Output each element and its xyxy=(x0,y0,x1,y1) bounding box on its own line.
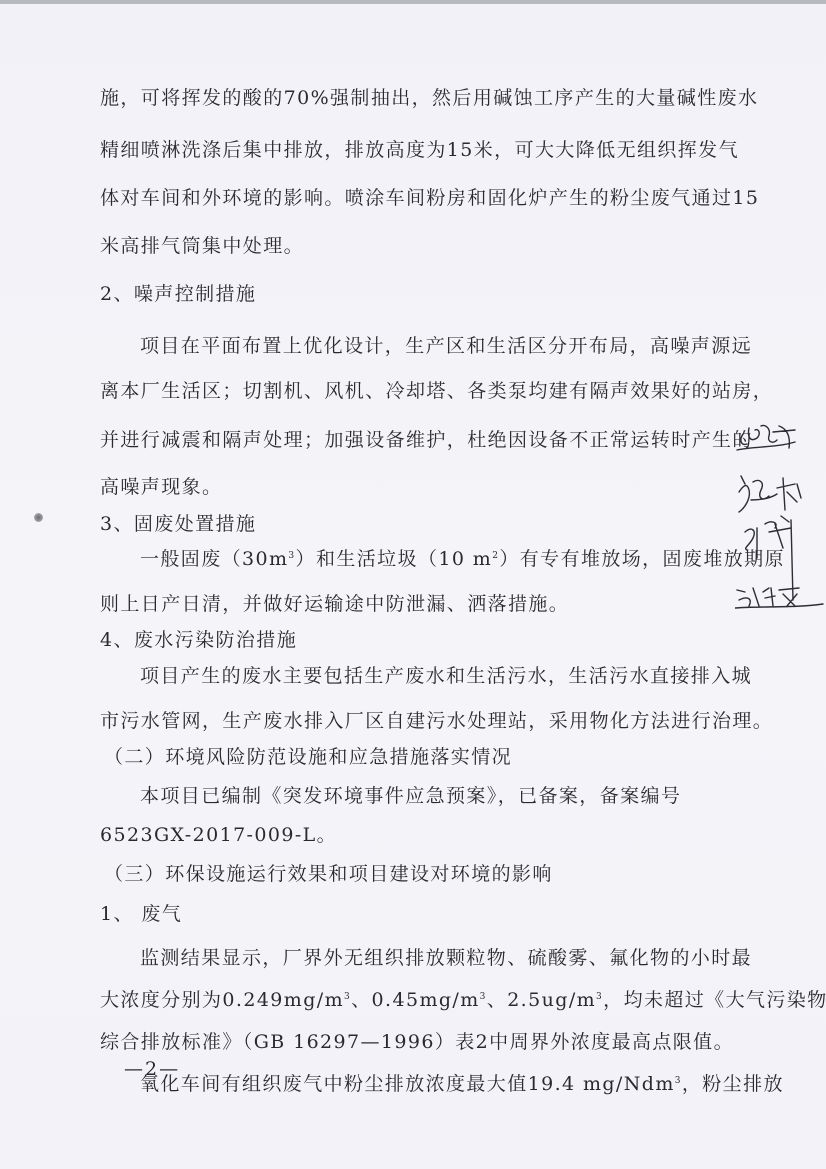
text-line: 米高排气筒集中处理。 xyxy=(100,234,304,258)
sub-heading-exhaust-gas: 1、 废气 xyxy=(100,902,182,926)
document-page: 施，可将挥发的酸的70%强制抽出，然后用碱蚀工序产生的大量碱性废水 精细喷淋洗涤… xyxy=(0,0,826,1169)
text-line: 离本厂生活区；切割机、风机、冷却塔、各类泵均建有隔声效果好的站房， xyxy=(100,379,773,403)
superscript: 3 xyxy=(480,992,487,1002)
text-line: 项目产生的废水主要包括生产废水和生活污水，生活污水直接排入城 xyxy=(140,664,752,688)
handwritten-signature-2 xyxy=(739,476,801,512)
text-line: 精细喷淋洗涤后集中排放，排放高度为15米，可大大降低无组织挥发气 xyxy=(100,138,739,162)
section-heading-noise: 2、噪声控制措施 xyxy=(100,282,256,306)
text-line: 体对车间和外环境的影响。喷涂车间粉房和固化炉产生的粉尘废气通过15 xyxy=(100,186,759,210)
text-line: 监测结果显示，厂界外无组织排放颗粒物、硫酸雾、氟化物的小时最 xyxy=(140,946,752,970)
superscript: 2 xyxy=(492,551,499,561)
scan-blemish xyxy=(34,513,43,522)
superscript: 3 xyxy=(596,992,603,1002)
section-heading-wastewater: 4、废水污染防治措施 xyxy=(100,628,297,652)
text-line: 并进行减震和隔声处理；加强设备维护，杜绝因设备不正常运转时产生的 xyxy=(100,428,753,452)
text-segment: 、0.45mg/m xyxy=(351,989,480,1011)
text-line: 综合排放标准》（GB 16297—1996）表2中周界外浓度最高点限值。 xyxy=(100,1030,734,1054)
text-segment: 大浓度分别为0.249mg/m xyxy=(100,989,344,1011)
text-line: 项目在平面布置上优化设计，生产区和生活区分开布局，高噪声源远 xyxy=(140,334,752,358)
section-heading-solid-waste: 3、固废处置措施 xyxy=(100,512,256,536)
handwritten-signature-1 xyxy=(737,425,795,450)
text-segment: 、2.5ug/m xyxy=(487,989,596,1011)
text-segment: 一般固废（30m xyxy=(140,548,288,570)
superscript: 3 xyxy=(675,1076,682,1086)
handwritten-signature-4 xyxy=(735,588,823,608)
superscript: 3 xyxy=(288,551,295,561)
text-line: 氧化车间有组织废气中粉尘排放浓度最大值19.4 mg/Ndm3，粉尘排放 xyxy=(140,1072,784,1096)
superscript: 3 xyxy=(344,992,351,1002)
text-line: 施，可将挥发的酸的70%强制抽出，然后用碱蚀工序产生的大量碱性废水 xyxy=(100,86,758,110)
text-line: 大浓度分别为0.249mg/m3、0.45mg/m3、2.5ug/m3，均未超过… xyxy=(100,988,826,1012)
section-heading-effects: （三）环保设施运行效果和项目建设对环境的影响 xyxy=(104,862,553,886)
section-heading-risk: （二）环境风险防范设施和应急措施落实情况 xyxy=(104,745,512,769)
text-segment: ，均未超过《大气污染物 xyxy=(603,989,826,1011)
text-segment: 氧化车间有组织废气中粉尘排放浓度最大值19.4 mg/Ndm xyxy=(140,1073,675,1095)
text-line: 高噪声现象。 xyxy=(100,475,222,499)
scan-top-edge xyxy=(0,0,826,4)
text-line: 则上日产日清，并做好运输途中防泄漏、洒落措施。 xyxy=(100,592,569,616)
signatures-block xyxy=(735,420,826,610)
text-segment: ）和生活垃圾（10 m xyxy=(296,548,493,570)
text-segment: ，粉尘排放 xyxy=(682,1073,784,1095)
text-line: 一般固废（30m3）和生活垃圾（10 m2）有专有堆放场，固废堆放期原 xyxy=(140,547,785,571)
text-line: 本项目已编制《突发环境事件应急预案》，已备案，备案编号 xyxy=(140,784,681,808)
page-number: —2— xyxy=(124,1058,180,1080)
text-line: 市污水管网，生产废水排入厂区自建污水处理站，采用物化方法进行治理。 xyxy=(100,709,773,733)
filing-number: 6523GX-2017-009-L。 xyxy=(100,823,337,847)
